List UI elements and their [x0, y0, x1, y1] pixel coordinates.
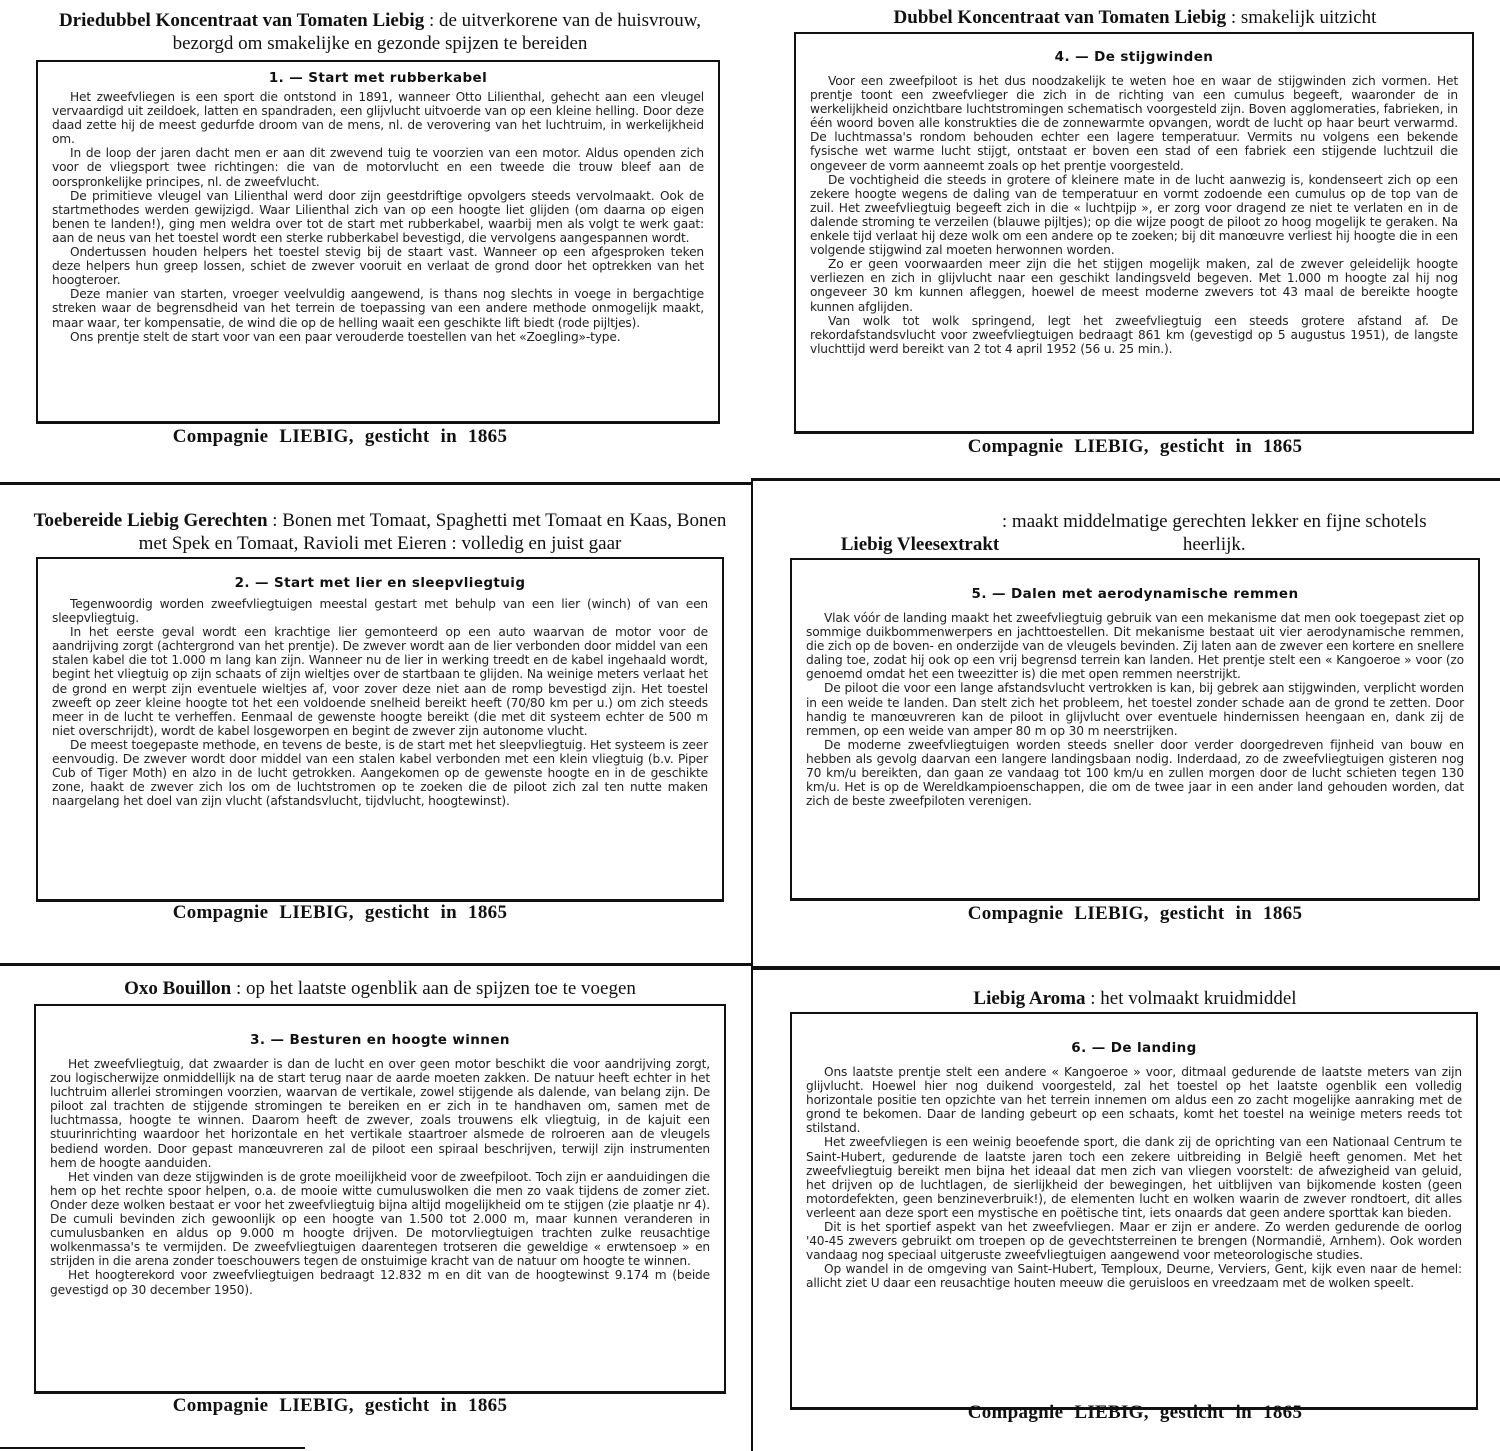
- card-1: Driedubbel Koncentraat van Tomaten Liebi…: [30, 0, 730, 470]
- card-5-advert-brand: Liebig Vleesextrakt: [841, 534, 1000, 555]
- card-3-body: Het zweefvliegtuig, dat zwaarder is dan …: [50, 1057, 710, 1297]
- card-1-paragraph: Ons prentje stelt de start voor van een …: [52, 330, 704, 344]
- card-1-footer: Compagnie LIEBIG, gesticht in 1865: [0, 426, 730, 448]
- card-1-paragraph: In de loop der jaren dacht men er aan di…: [52, 146, 704, 188]
- card-5-body: Vlak vóór de landing maakt het zweefvlie…: [806, 611, 1464, 808]
- card-4-text-box: 4. — De stijgwinden Voor een zweefpiloot…: [794, 32, 1474, 434]
- card-6-text-box: 6. — De landing Ons laatste prentje stel…: [790, 1012, 1478, 1410]
- card-3-advert-brand: Oxo Bouillon: [124, 978, 231, 999]
- card-3-paragraph: Het vinden van deze stijgwinden is de gr…: [50, 1170, 710, 1269]
- card-5-text-box: 5. — Dalen met aerodynamische remmen Vla…: [790, 558, 1480, 901]
- card-4-paragraph: Voor een zweefpiloot is het dus noodzake…: [810, 74, 1458, 173]
- card-1-advert: Driedubbel Koncentraat van Tomaten Liebi…: [30, 9, 730, 55]
- card-1-title: 1. — Start met rubberkabel: [52, 70, 704, 86]
- card-4-advert-text: : smakelijk uitzicht: [1226, 7, 1376, 28]
- card-1-paragraph: Het zweefvliegen is een sport die ontsto…: [52, 90, 704, 146]
- card-5-paragraph: De moderne zweefvliegtuigen worden steed…: [806, 738, 1464, 808]
- cut-line-right-row1: [752, 478, 1500, 481]
- card-2-text-box: 2. — Start met lier en sleepvliegtuig Te…: [36, 557, 724, 902]
- card-6-title: 6. — De landing: [806, 1040, 1462, 1056]
- card-5-paragraph: De piloot die voor een lange afstandsvlu…: [806, 681, 1464, 737]
- card-2-advert: Toebereide Liebig Gerechten : Bonen met …: [30, 509, 730, 555]
- card-5: Liebig Vleesextrakt : maakt middelmatige…: [790, 500, 1480, 940]
- card-3-paragraph: Het zweefvliegtuig, dat zwaarder is dan …: [50, 1057, 710, 1170]
- card-2-paragraph: Tegenwoordig worden zweefvliegtuigen mee…: [52, 597, 708, 625]
- card-4-paragraph: De vochtigheid die steeds in grotere of …: [810, 173, 1458, 258]
- card-5-paragraph: Vlak vóór de landing maakt het zweefvlie…: [806, 611, 1464, 681]
- card-1-advert-brand: Driedubbel Koncentraat van Tomaten Liebi…: [59, 10, 424, 31]
- card-5-footer: Compagnie LIEBIG, gesticht in 1865: [790, 903, 1480, 925]
- card-3-footer: Compagnie LIEBIG, gesticht in 1865: [0, 1395, 730, 1417]
- card-1-text-box: 1. — Start met rubberkabel Het zweefvlie…: [36, 60, 720, 424]
- card-4-body: Voor een zweefpiloot is het dus noodzake…: [810, 74, 1458, 356]
- card-1-paragraph: Ondertussen houden helpers het toestel s…: [52, 245, 704, 287]
- cut-line-right-row2: [752, 966, 1500, 970]
- card-5-advert: Liebig Vleesextrakt : maakt middelmatige…: [790, 510, 1480, 556]
- card-3-text-box: 3. — Besturen en hoogte winnen Het zweef…: [34, 1004, 726, 1394]
- card-3-title: 3. — Besturen en hoogte winnen: [50, 1032, 710, 1048]
- card-3: Oxo Bouillon : op het laatste ogenblik a…: [30, 965, 730, 1435]
- card-2-body: Tegenwoordig worden zweefvliegtuigen mee…: [52, 597, 708, 808]
- card-5-title: 5. — Dalen met aerodynamische remmen: [806, 586, 1464, 602]
- cut-line-vertical-row2: [751, 478, 753, 968]
- card-2-advert-brand: Toebereide Liebig Gerechten: [34, 510, 268, 531]
- card-2: Toebereide Liebig Gerechten : Bonen met …: [30, 500, 730, 940]
- card-2-title: 2. — Start met lier en sleepvliegtuig: [52, 575, 708, 591]
- card-1-paragraph: De primitieve vleugel van Lilienthal wer…: [52, 189, 704, 245]
- card-2-footer: Compagnie LIEBIG, gesticht in 1865: [0, 902, 730, 924]
- card-1-body: Het zweefvliegen is een sport die ontsto…: [52, 90, 704, 344]
- card-6-paragraph: Op wandel in de omgeving van Saint-Huber…: [806, 1262, 1462, 1290]
- card-4-paragraph: Zo er geen voorwaarden meer zijn die het…: [810, 257, 1458, 313]
- card-4-paragraph: Van wolk tot wolk springend, legt het zw…: [810, 314, 1458, 356]
- card-6-footer: Compagnie LIEBIG, gesticht in 1865: [790, 1402, 1480, 1424]
- card-4-advert: Dubbel Koncentraat van Tomaten Liebig : …: [790, 6, 1480, 29]
- card-6-paragraph: Ons laatste prentje stelt een andere « K…: [806, 1065, 1462, 1135]
- cut-line-vertical-row3: [751, 966, 753, 1451]
- card-4-footer: Compagnie LIEBIG, gesticht in 1865: [790, 436, 1480, 458]
- card-4-title: 4. — De stijgwinden: [810, 49, 1458, 65]
- cut-line-bottom-left: [0, 1447, 305, 1449]
- card-6-paragraph: Dit is het sportief aspekt van het zweef…: [806, 1220, 1462, 1262]
- card-2-paragraph: In het eerste geval wordt een krachtige …: [52, 625, 708, 738]
- card-6: Liebig Aroma : het volmaakt kruidmiddel …: [790, 975, 1480, 1445]
- card-3-advert: Oxo Bouillon : op het laatste ogenblik a…: [30, 977, 730, 1000]
- card-4: Dubbel Koncentraat van Tomaten Liebig : …: [790, 0, 1480, 470]
- card-6-advert-brand: Liebig Aroma: [973, 988, 1085, 1009]
- card-2-paragraph: De meest toegepaste methode, en tevens d…: [52, 738, 708, 808]
- card-4-advert-brand: Dubbel Koncentraat van Tomaten Liebig: [894, 7, 1227, 28]
- card-6-body: Ons laatste prentje stelt een andere « K…: [806, 1065, 1462, 1291]
- card-5-advert-text: : maakt middelmatige gerechten lekker en…: [999, 510, 1429, 556]
- cut-line-left-row1: [0, 482, 752, 485]
- card-1-paragraph: Deze manier van starten, vroeger veelvul…: [52, 287, 704, 329]
- card-6-advert: Liebig Aroma : het volmaakt kruidmiddel: [790, 987, 1480, 1010]
- card-6-paragraph: Het zweefvliegen is een weinig beoefende…: [806, 1135, 1462, 1220]
- card-6-advert-text: : het volmaakt kruidmiddel: [1086, 988, 1297, 1009]
- card-3-paragraph: Het hoogterekord voor zweefvliegtuigen b…: [50, 1268, 710, 1296]
- card-3-advert-text: : op het laatste ogenblik aan de spijzen…: [231, 978, 636, 999]
